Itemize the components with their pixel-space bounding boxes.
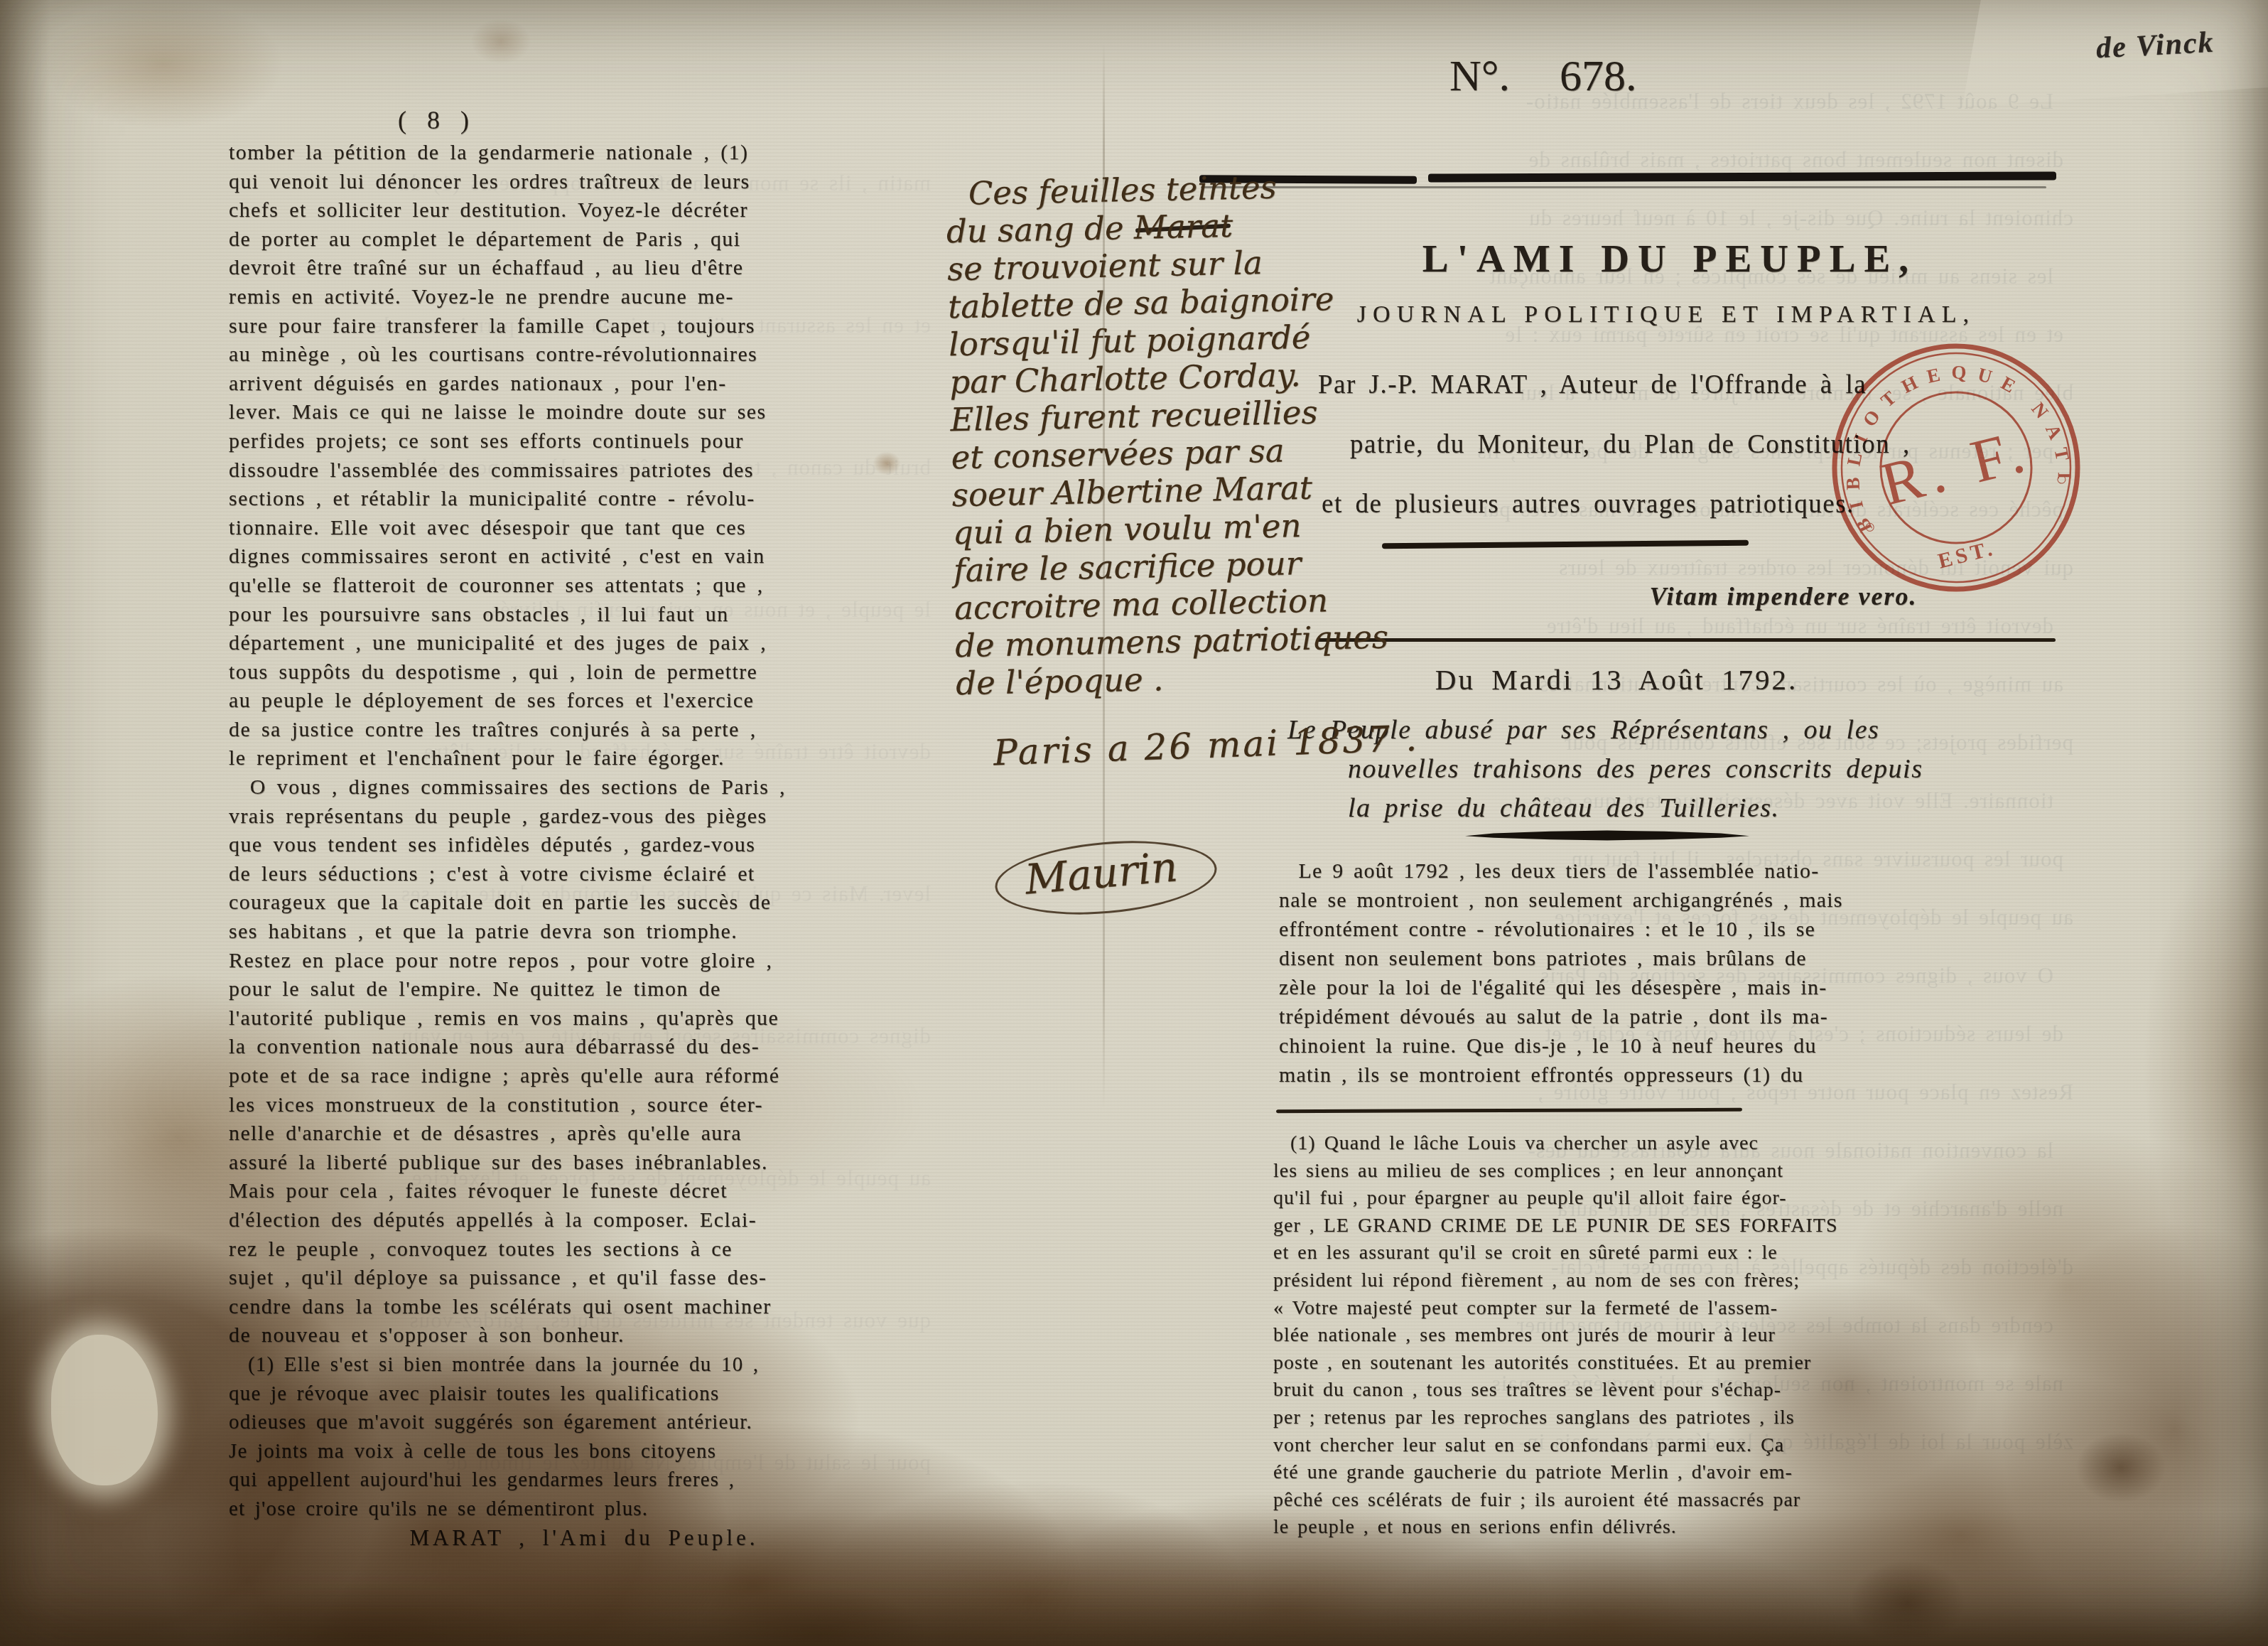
text-line: (1) Elle s'est si bien montrée dans la j… bbox=[229, 1350, 939, 1379]
text-line: vrais représentans du peuple , gardez-vo… bbox=[229, 802, 939, 832]
text-line: matin , ils se montroient effrontés oppr… bbox=[1279, 1060, 2061, 1090]
text-line: ses habitans , et que la patrie devra so… bbox=[229, 918, 939, 947]
text-line: qu'elle se flatteroit de couronner ses a… bbox=[229, 571, 939, 601]
text-line: qui venoit lui dénoncer les ordres traît… bbox=[229, 168, 939, 197]
text-line: sections , et rétablir la municipalité c… bbox=[229, 485, 939, 514]
text-line: lever. Mais ce qui ne laisse le moindre … bbox=[229, 398, 939, 427]
motto-rule bbox=[1317, 638, 2056, 642]
masthead-subtitle: JOURNAL POLITIQUE ET IMPARTIAL, bbox=[1279, 301, 2053, 328]
left-column-text: tomber la pétition de la gendarmerie nat… bbox=[229, 139, 939, 1350]
text-line: pour le salut de l'empire. Ne quittez le… bbox=[229, 975, 939, 1004]
text-line: Le 9 août 1792 , les deux tiers de l'ass… bbox=[1279, 856, 2061, 886]
text-line: blée nationale , ses membres ont jurés d… bbox=[1273, 1322, 2062, 1350]
issue-number-value: 678. bbox=[1560, 51, 1637, 102]
text-line: O vous , dignes commissaires des section… bbox=[229, 773, 939, 802]
text-line: tionnaire. Elle voit avec désespoir que … bbox=[229, 514, 939, 543]
text-line: odieuses que m'avoit suggérés son égarem… bbox=[229, 1408, 939, 1437]
text-line: de porter au complet le département de P… bbox=[229, 225, 939, 254]
text-line: les vices monstrueux de la constitution … bbox=[229, 1091, 939, 1120]
text-line: nelle d'anarchie et de désastres , après… bbox=[229, 1119, 939, 1149]
text-line: tous suppôts du despotisme , qui , loin … bbox=[229, 658, 939, 687]
text-line: que vous tendent ses infidèles députés ,… bbox=[229, 831, 939, 860]
text-line: au peuple le déployement de ses forces e… bbox=[229, 687, 939, 716]
text-line: la convention nationale nous aura débarr… bbox=[229, 1033, 939, 1062]
text-line: disent non seulement bons patriotes , ma… bbox=[1279, 944, 2061, 973]
stamp-center-text: R. F. bbox=[1874, 416, 2038, 519]
text-line: président lui répond fièrement , au nom … bbox=[1273, 1267, 2062, 1295]
text-line: dissoudre l'assemblée des commissaires p… bbox=[229, 456, 939, 485]
text-line: trépidément dévoués au salut de la patri… bbox=[1279, 1002, 2061, 1031]
article-footnote: (1) Quand le lâche Louis va chercher un … bbox=[1273, 1130, 2062, 1542]
text-line: vont chercher leur salut en se confondan… bbox=[1273, 1432, 2062, 1460]
article-signature: MARAT , l'Ami du Peuple. bbox=[229, 1525, 939, 1551]
text-line: rez le peuple , convoquez toutes les sec… bbox=[229, 1235, 939, 1264]
text-line: département , une municipalité et des ju… bbox=[229, 629, 939, 658]
text-line: les siens au milieu de ses complices ; e… bbox=[1273, 1158, 2062, 1185]
text-line: nale se montroient , non seulement archi… bbox=[1279, 886, 2061, 915]
issue-number: N°. 678. bbox=[1449, 51, 1791, 102]
text-line: Mais pour cela , faites révoquer le fune… bbox=[229, 1177, 939, 1206]
text-line: que je révoque avec plaisir toutes les q… bbox=[229, 1379, 939, 1409]
text-line: la prise du château des Tuilleries. bbox=[1287, 789, 2041, 828]
text-line: « Votre majesté peut compter sur la ferm… bbox=[1273, 1295, 2062, 1323]
text-line: de leurs séductions ; c'est à votre civi… bbox=[229, 860, 939, 889]
newspaper-page: Le 9 août 1792 , les deux tiers de l'ass… bbox=[0, 0, 2268, 1646]
text-line: qu'il fui , pour épargner au peuple qu'i… bbox=[1273, 1185, 2062, 1212]
text-line: (1) Quand le lâche Louis va chercher un … bbox=[1273, 1130, 2062, 1158]
bleedthrough-line: devroit être traîné sur un échaffaud , a… bbox=[1279, 613, 2053, 639]
text-line: Restez en place pour notre repos , pour … bbox=[229, 947, 939, 976]
bleedthrough-line: chinoient la ruine. Que dis-je , le 10 à… bbox=[1299, 205, 2073, 231]
text-line: cendre dans la tombe les scélérats qui o… bbox=[229, 1293, 939, 1322]
text-line: tomber la pétition de la gendarmerie nat… bbox=[229, 139, 939, 168]
text-line: arrivent déguisés en gardes nationaux , … bbox=[229, 370, 939, 399]
text-line: pêché ces scélérats de fuir ; ils auroie… bbox=[1273, 1487, 2062, 1515]
text-line: et j'ose croire qu'ils ne se démentiront… bbox=[229, 1495, 939, 1524]
text-line: sure pour faire transferer la famille Ca… bbox=[229, 312, 939, 341]
text-line: sujet , qu'il déploye sa puissance , et … bbox=[229, 1264, 939, 1293]
text-line: assuré la liberté publique sur des bases… bbox=[229, 1149, 939, 1178]
text-line: chefs et solliciter leur destitution. Vo… bbox=[229, 196, 939, 225]
text-line: pour les poursuivre sans obstacles , il … bbox=[229, 601, 939, 630]
text-line: l'autorité publique , remis en vos mains… bbox=[229, 1004, 939, 1033]
text-line: Je joints ma voix à celle de tous les bo… bbox=[229, 1437, 939, 1466]
bleedthrough-line: disent non seulement bons patriotes , ma… bbox=[1289, 147, 2063, 173]
paper-fold-crease bbox=[1103, 43, 1105, 1109]
article-body: Le 9 août 1792 , les deux tiers de l'ass… bbox=[1279, 856, 2061, 1090]
text-line: de nouveau et s'opposer à son bonheur. bbox=[229, 1321, 939, 1350]
text-line: qui appellent aujourd'hui les gendarmes … bbox=[229, 1465, 939, 1495]
text-line: courageux que la capitale doit en partie… bbox=[229, 888, 939, 918]
text-line: bruit du canon , tous ses traîtres se lè… bbox=[1273, 1377, 2062, 1404]
text-line: au minège , où les courtisans contre-rév… bbox=[229, 340, 939, 370]
collection-stamp-de-vinck: de Vinck bbox=[2095, 26, 2215, 66]
text-line: chinoient la ruine. Que dis-je , le 10 à… bbox=[1279, 1031, 2061, 1060]
text-line: perfides projets; ce sont ses efforts co… bbox=[229, 427, 939, 456]
text-line: remis en activité. Voyez-le ne prendre a… bbox=[229, 283, 939, 312]
text-line: effrontément contre - révolutionaires : … bbox=[1279, 915, 2061, 944]
masthead-title: L'AMI DU PEUPLE, bbox=[1286, 236, 2053, 281]
text-line: devroit être traîné sur un échaffaud , a… bbox=[229, 254, 939, 283]
text-line: été une grande gaucherie du patriote Mer… bbox=[1273, 1459, 2062, 1487]
text-line: zèle pour la loi de l'égalité qui les dé… bbox=[1279, 973, 2061, 1002]
text-line: per ; retenus par les reproches sanglans… bbox=[1273, 1404, 2062, 1432]
text-line: d'élection des députés appellés à la com… bbox=[229, 1206, 939, 1235]
text-line: le repriment et l'enchaînent pour le fai… bbox=[229, 744, 939, 773]
text-line: pote et de sa race indigne ; après qu'el… bbox=[229, 1062, 939, 1091]
text-line: de sa justice contre les traîtres conjur… bbox=[229, 716, 939, 745]
text-line: dignes commissaires seront en activité ,… bbox=[229, 542, 939, 571]
text-line: et en les assurant qu'il se croit en sûr… bbox=[1273, 1239, 2062, 1267]
document-scan: { "stamps": { "collection_mark": "de Vin… bbox=[0, 0, 2268, 1646]
left-column-footnote: (1) Elle s'est si bien montrée dans la j… bbox=[229, 1350, 939, 1524]
text-line: poste , en soutenant les autorités const… bbox=[1273, 1350, 2062, 1377]
handwritten-note: Ces feuilles teintesdu sang de Maratse t… bbox=[945, 166, 1382, 702]
text-line: le peuple , et nous en serions enfin dél… bbox=[1273, 1514, 2062, 1542]
text-line: ger , LE GRAND CRIME DE LE PUNIR DE SES … bbox=[1273, 1212, 2062, 1240]
issue-number-prefix: N°. bbox=[1449, 51, 1510, 102]
page-number: ( 8 ) bbox=[398, 105, 554, 135]
